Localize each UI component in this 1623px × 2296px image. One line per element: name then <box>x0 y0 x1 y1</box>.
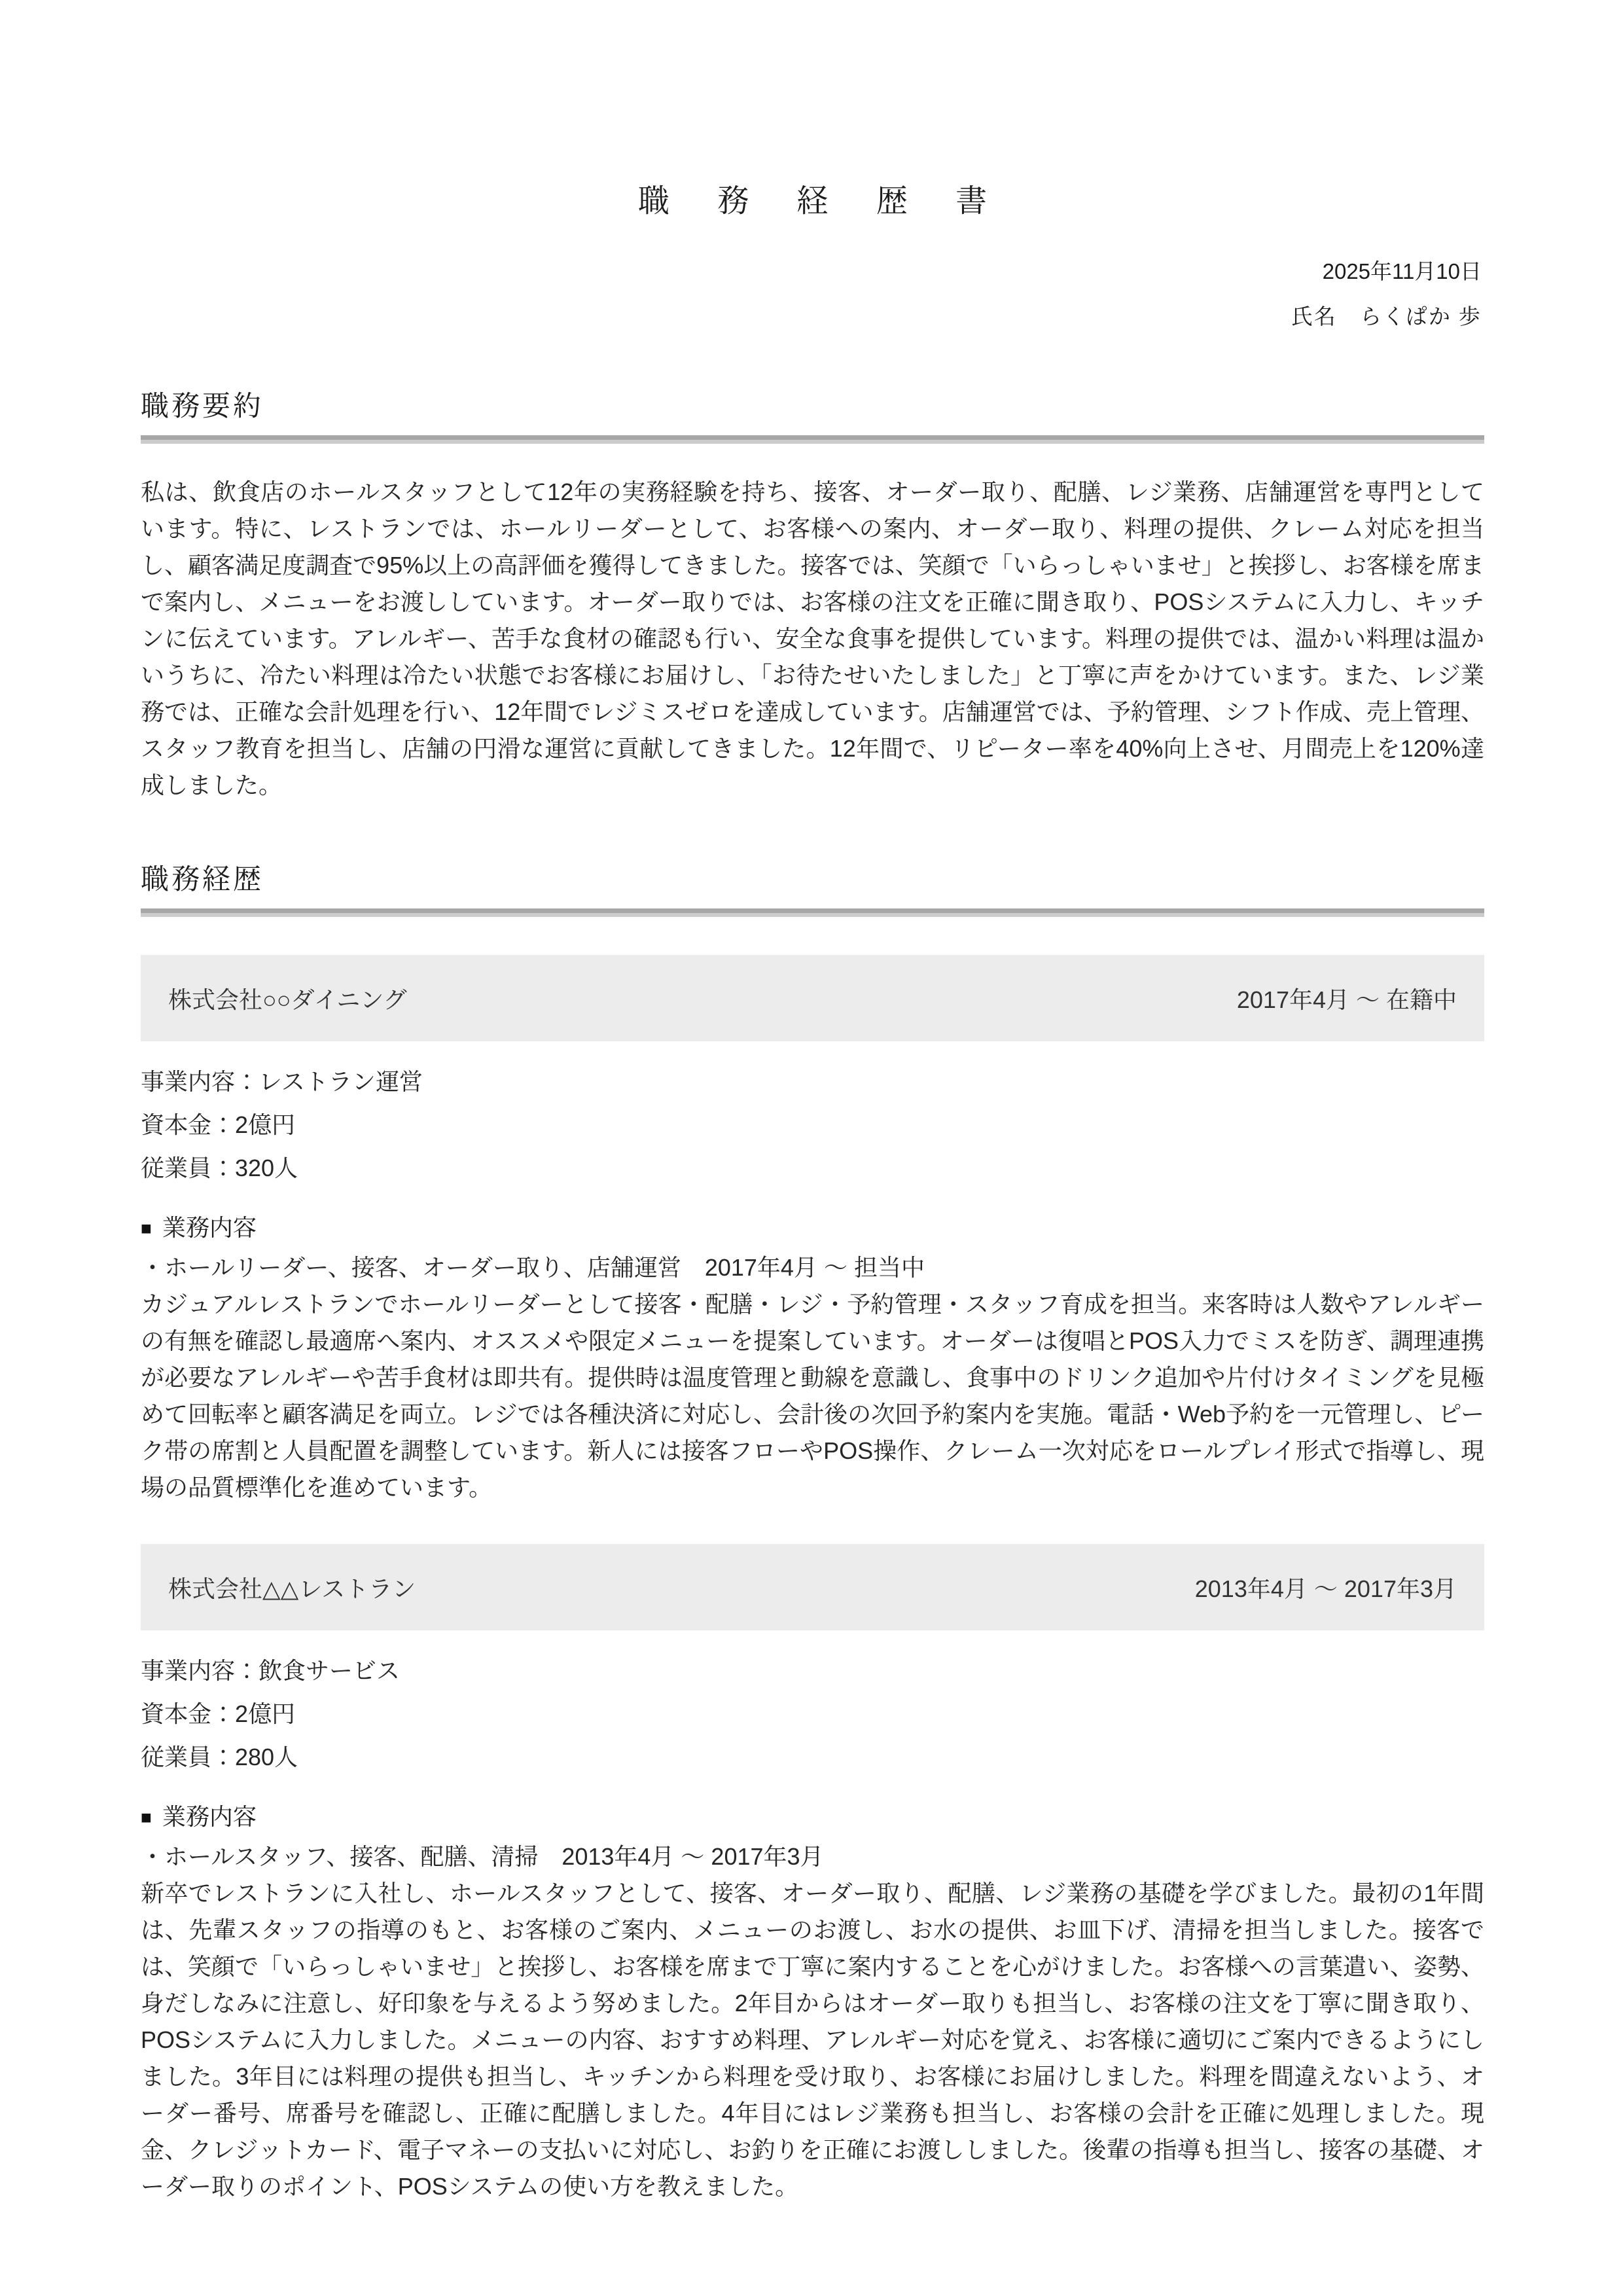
company-band: 株式会社△△レストラン 2013年4月 ～ 2017年3月 <box>141 1544 1484 1630</box>
heading-rule <box>141 908 1484 917</box>
document-meta: 2025年11月10日 氏名 らくぱか 歩 <box>141 255 1484 331</box>
company-fact-capital: 資本金：2億円 <box>141 1696 1484 1732</box>
company-fact-business: 事業内容：レストラン運営 <box>141 1064 1484 1100</box>
company-period: 2017年4月 ～ 在籍中 <box>1237 982 1457 1015</box>
company-band: 株式会社○○ダイニング 2017年4月 ～ 在籍中 <box>141 955 1484 1041</box>
summary-heading: 職務要約 <box>141 384 1484 424</box>
history-section: 職務経歴 株式会社○○ダイニング 2017年4月 ～ 在籍中 事業内容：レストラ… <box>141 857 1484 2205</box>
duties-heading-label: 業務内容 <box>162 1799 257 1835</box>
company-facts: 事業内容：飲食サービス 資本金：2億円 従業員：280人 <box>141 1653 1484 1775</box>
company-entry: 株式会社○○ダイニング 2017年4月 ～ 在籍中 事業内容：レストラン運営 資… <box>141 955 1484 1506</box>
company-name: 株式会社○○ダイニング <box>168 982 407 1015</box>
summary-body: 私は、飲食店のホールスタッフとして12年の実務経験を持ち、接客、オーダー取り、配… <box>141 474 1484 804</box>
company-period: 2013年4月 ～ 2017年3月 <box>1195 1571 1457 1604</box>
company-description: 新卒でレストランに入社し、ホールスタッフとして、接客、オーダー取り、配膳、レジ業… <box>141 1875 1484 2205</box>
role-line: ・ホールスタッフ、接客、配膳、清掃 2013年4月 ～ 2017年3月 <box>141 1839 1484 1875</box>
applicant-name: 氏名 らくぱか 歩 <box>141 300 1482 331</box>
issue-date: 2025年11月10日 <box>141 255 1482 285</box>
summary-section: 職務要約 私は、飲食店のホールスタッフとして12年の実務経験を持ち、接客、オーダ… <box>141 384 1484 804</box>
duties-heading-label: 業務内容 <box>162 1210 257 1246</box>
company-entry: 株式会社△△レストラン 2013年4月 ～ 2017年3月 事業内容：飲食サービ… <box>141 1544 1484 2205</box>
resume-page: 職 務 経 歴 書 2025年11月10日 氏名 らくぱか 歩 職務要約 私は、… <box>0 0 1623 2296</box>
duties-heading: ■ 業務内容 <box>141 1210 1484 1246</box>
role-line: ・ホールリーダー、接客、オーダー取り、店舗運営 2017年4月 ～ 担当中 <box>141 1249 1484 1286</box>
duties-heading: ■ 業務内容 <box>141 1799 1484 1835</box>
company-facts: 事業内容：レストラン運営 資本金：2億円 従業員：320人 <box>141 1064 1484 1186</box>
company-fact-capital: 資本金：2億円 <box>141 1107 1484 1143</box>
company-name: 株式会社△△レストラン <box>168 1571 416 1604</box>
company-fact-employees: 従業員：320人 <box>141 1150 1484 1186</box>
page-title: 職 務 経 歴 書 <box>141 175 1484 221</box>
square-marker-icon: ■ <box>141 1219 152 1238</box>
company-description: カジュアルレストランでホールリーダーとして接客・配膳・レジ・予約管理・スタッフ育… <box>141 1286 1484 1506</box>
heading-rule <box>141 435 1484 444</box>
company-fact-business: 事業内容：飲食サービス <box>141 1653 1484 1689</box>
square-marker-icon: ■ <box>141 1808 152 1827</box>
company-fact-employees: 従業員：280人 <box>141 1739 1484 1775</box>
history-heading: 職務経歴 <box>141 857 1484 897</box>
